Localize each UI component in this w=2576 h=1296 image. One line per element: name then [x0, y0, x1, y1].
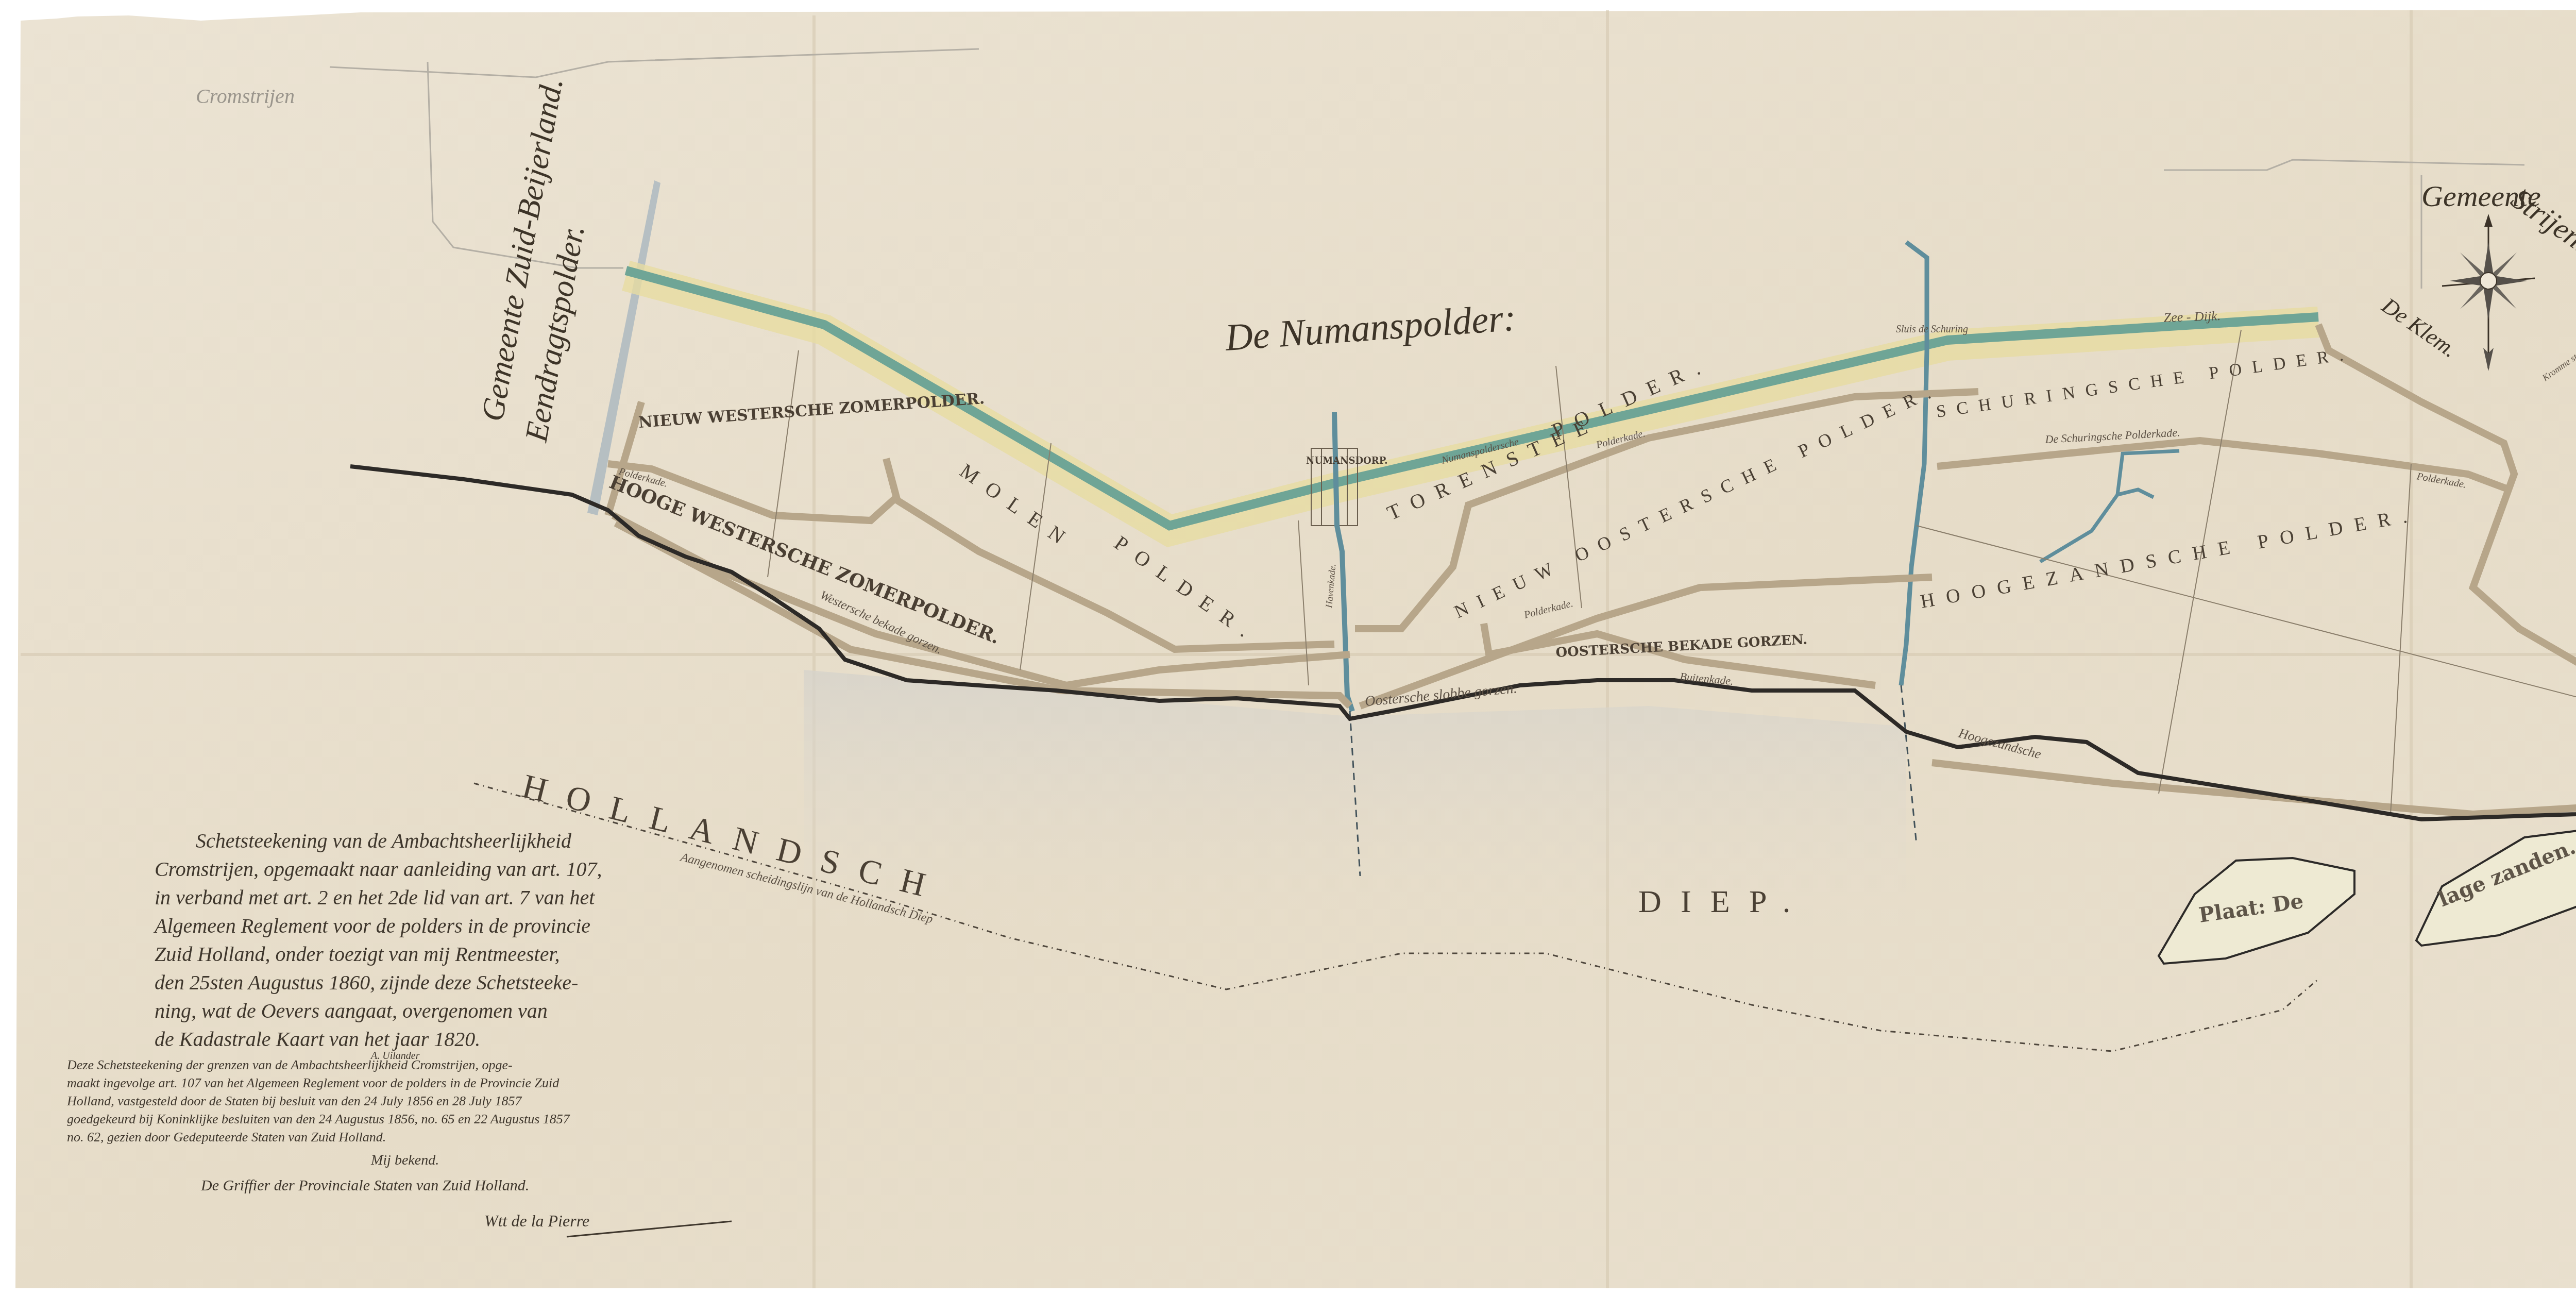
label-zee-dijk: Zee - Dijk. — [2163, 308, 2221, 325]
title-line-1: Schetsteekening van de Ambachtsheerlijkh… — [196, 829, 572, 852]
label-village-numansdorp: NUMANSDORP. — [1306, 456, 1388, 466]
title-line-5: Zuid Holland, onder toezigt van mij Rent… — [155, 942, 560, 966]
approval-clerk-line: De Griffier der Provinciale Staten van Z… — [200, 1177, 529, 1194]
title-line-6: den 25sten Augustus 1860, zijnde deze Sc… — [155, 971, 578, 994]
label-sluis-schuring: Sluis de Schuring — [1896, 324, 1968, 335]
title-line-2: Cromstrijen, opgemaakt naar aanleiding v… — [155, 857, 602, 881]
approval-signature: Wtt de la Pierre — [484, 1211, 589, 1230]
label-river-diep: DIEP. — [1638, 884, 1809, 919]
pencil-note-left: Cromstrijen — [196, 85, 295, 108]
title-line-4: Algemeen Reglement voor de polders in de… — [153, 914, 590, 937]
approval-line-5: no. 62, gezien door Gedeputeerde Staten … — [67, 1130, 386, 1144]
approval-certified: Mij bekend. — [370, 1152, 439, 1168]
approval-line-2: maakt ingevolge art. 107 van het Algemee… — [67, 1075, 560, 1090]
title-line-7: ning, wat de Oevers aangaat, overgenomen… — [155, 999, 548, 1022]
approval-line-3: Holland, vastgesteld door de Staten bij … — [66, 1093, 522, 1108]
historical-map-sheet: Cromstrijen — [0, 0, 2576, 1296]
title-line-8: de Kadastrale Kaart van het jaar 1820. — [155, 1028, 480, 1051]
approval-line-1: Deze Schetsteekening der grenzen van de … — [66, 1057, 513, 1072]
map-canvas: Cromstrijen — [0, 0, 2576, 1296]
approval-line-4: goedgekeurd bij Koninklijke besluiten va… — [67, 1112, 570, 1126]
title-line-3: in verband met art. 2 en het 2de lid van… — [155, 886, 595, 909]
